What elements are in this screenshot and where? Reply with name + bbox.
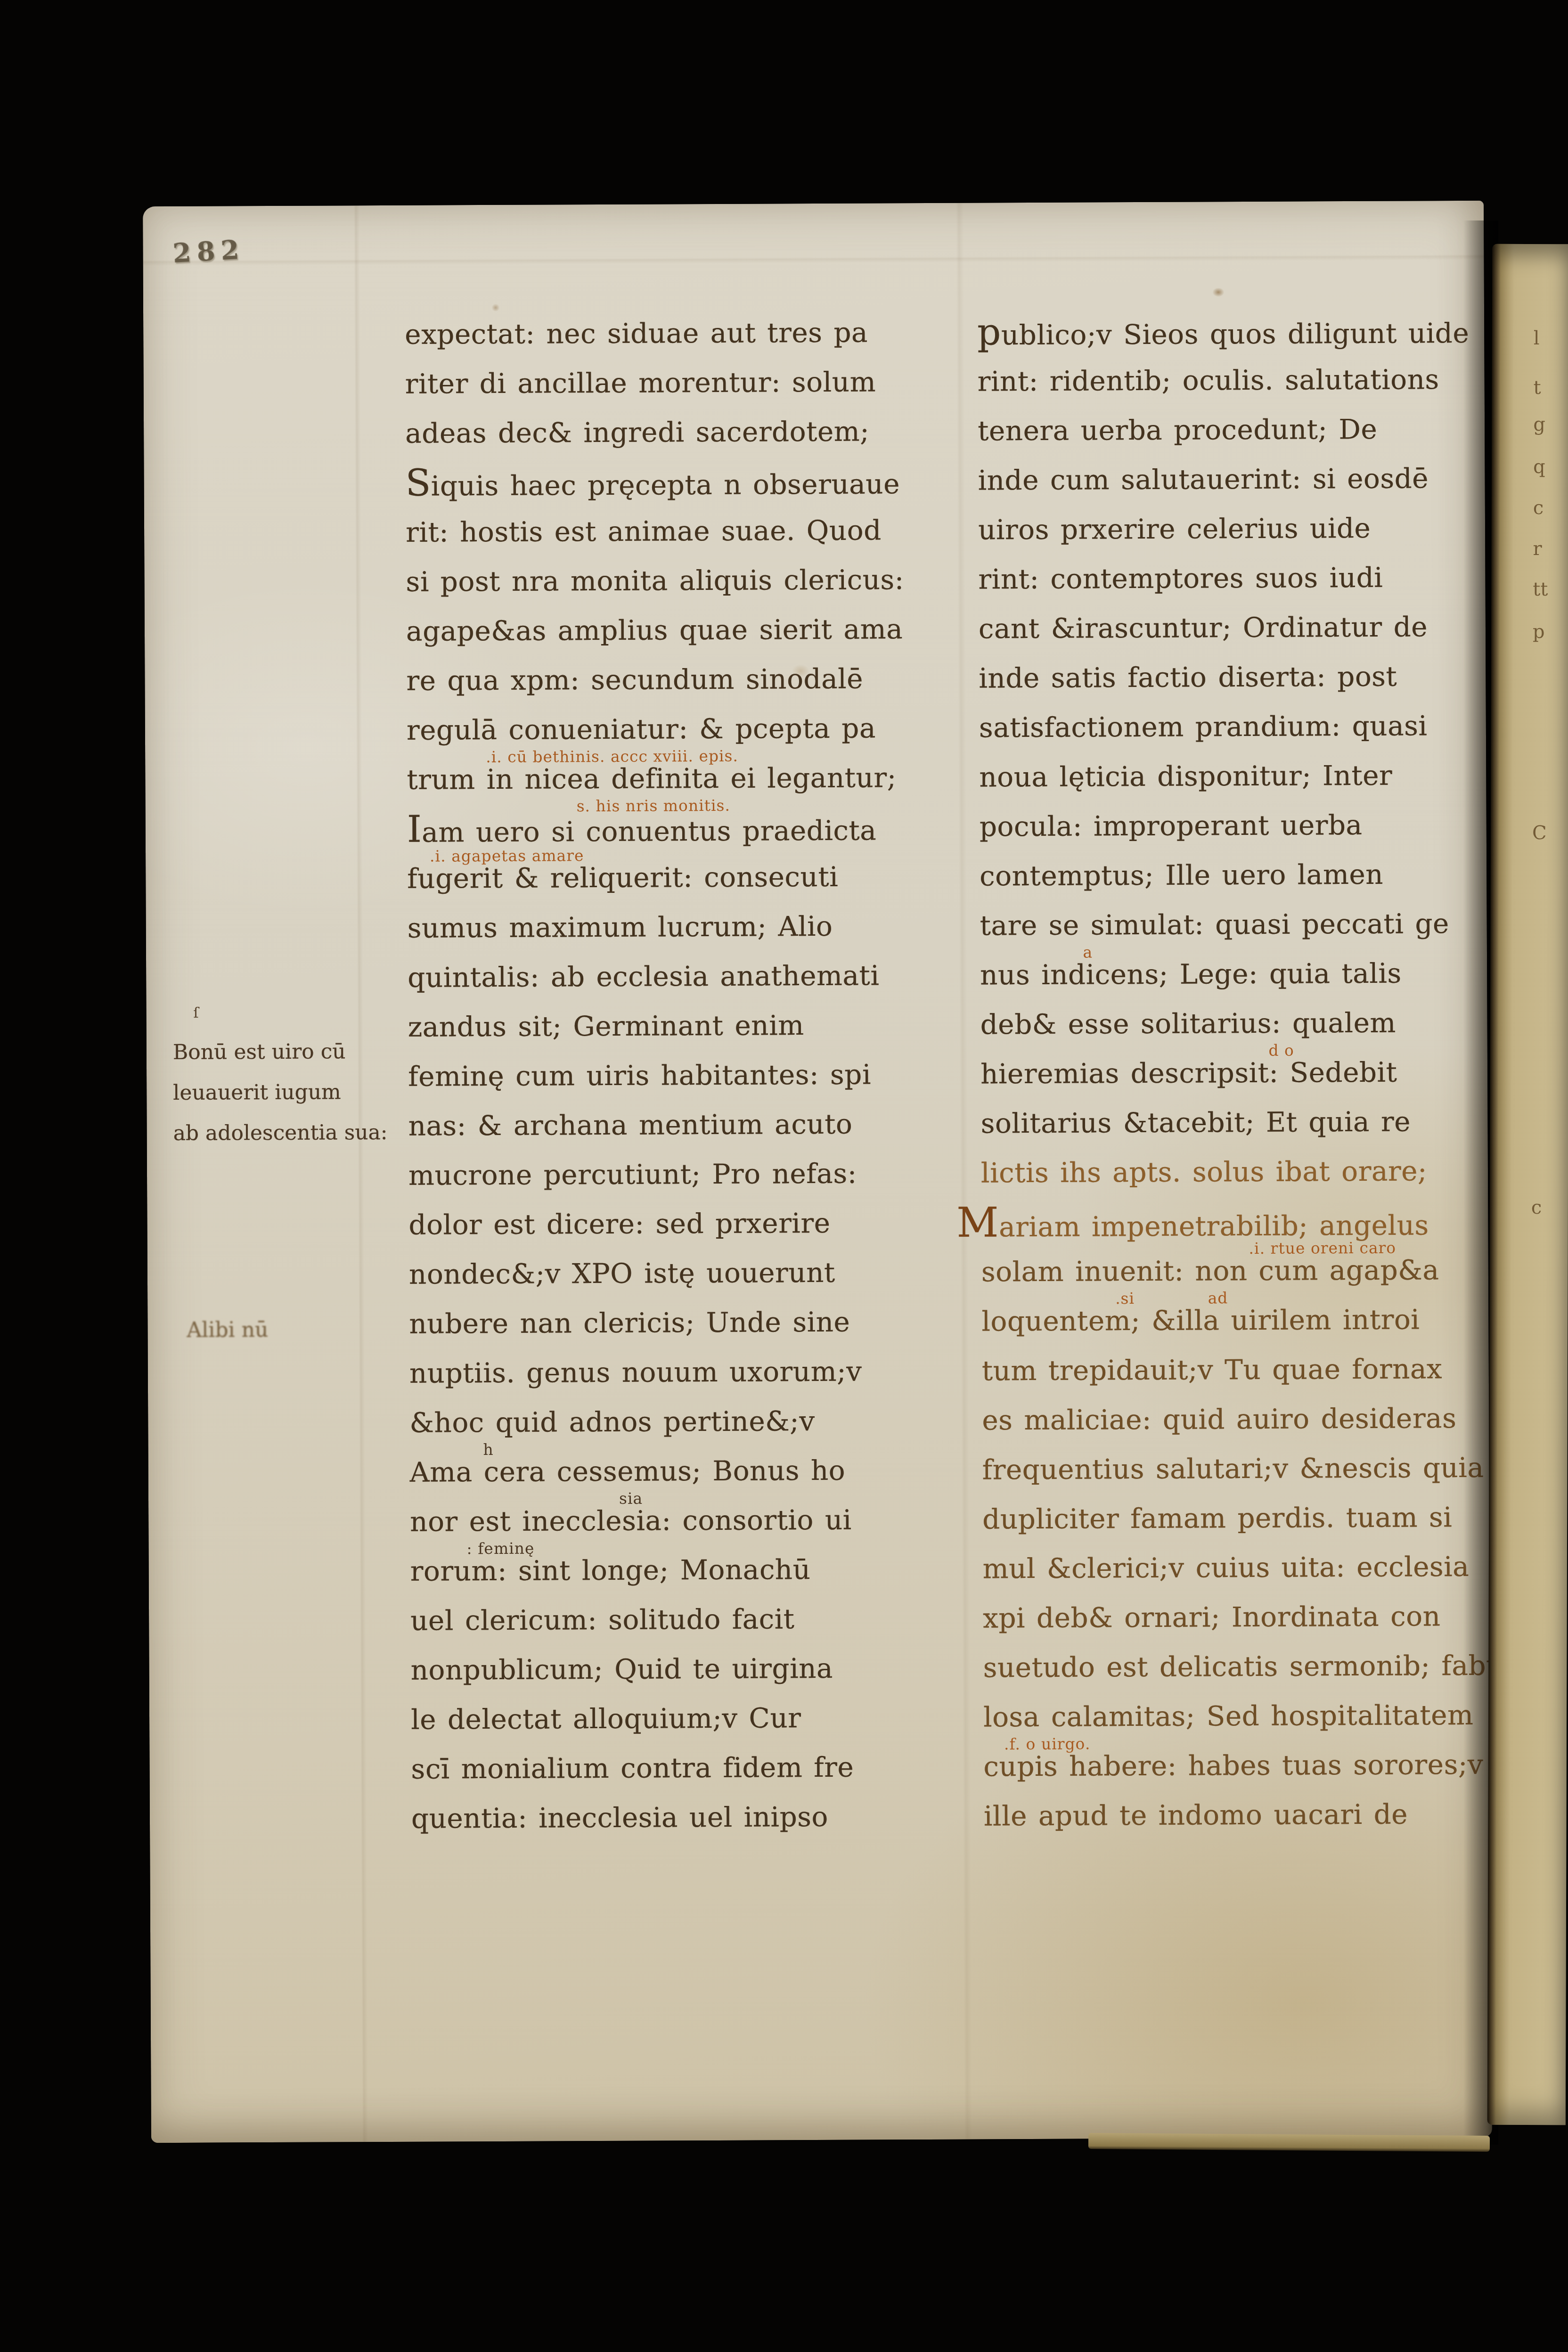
- line-text: nus indicens; Lege: quia talis: [980, 948, 1494, 1000]
- folio-number: 282: [172, 234, 245, 269]
- line-text: inde satis factio diserta: post: [979, 652, 1493, 703]
- interlinear-gloss: .f. o uirgo.: [1004, 1736, 1091, 1752]
- text-line: rorum: sint longe; Monachū: feminę: [410, 1544, 975, 1596]
- edge-letter: l: [1534, 327, 1540, 349]
- text-line: &hoc quid adnos pertine&;v: [409, 1396, 975, 1448]
- line-text: dolor est dicere: sed prxerire: [408, 1198, 974, 1250]
- interlinear-gloss: .i. agapetas amare: [430, 848, 584, 864]
- text-line: nas: & archana mentium acuto: [408, 1099, 973, 1151]
- margin-note: ſ: [193, 1006, 198, 1021]
- text-line: adeas dec& ingredi sacerdotem;: [405, 407, 971, 458]
- text-line: noua lęticia disponitur; Inter: [979, 751, 1494, 802]
- text-line: loquentem; &illa uirilem introi.siad: [981, 1295, 1496, 1347]
- interlinear-gloss: a: [1083, 944, 1093, 960]
- interlinear-gloss: sia: [619, 1491, 643, 1506]
- text-line: nondec&;v XPO istę uouerunt: [409, 1248, 974, 1299]
- interlinear-gloss: .i. rtue oreni caro: [1249, 1240, 1396, 1256]
- line-text: &hoc quid adnos pertine&;v: [409, 1396, 975, 1448]
- line-text: quintalis: ab ecclesia anathemati: [408, 951, 973, 1003]
- text-line: mul &clerici;v cuius uita: ecclesia: [982, 1542, 1497, 1594]
- line-text: xpi deb& ornari; Inordinata con: [983, 1592, 1497, 1643]
- line-text: lictis ihs apts. solus ibat orare;: [981, 1146, 1495, 1198]
- line-text: dupliciter famam perdis. tuam si: [982, 1493, 1497, 1544]
- line-text: nondec&;v XPO istę uouerunt: [409, 1248, 974, 1299]
- margin-note-line: Bonū est uiro cū: [173, 1031, 387, 1073]
- text-line: dupliciter famam perdis. tuam si: [982, 1493, 1497, 1544]
- text-line: cupis habere: habes tuas sorores;v.f. o …: [983, 1740, 1498, 1792]
- line-text: quentia: inecclesia uel inipso: [411, 1792, 977, 1844]
- text-line: fugerit & reliquerit: consecuti.i. agape…: [407, 852, 972, 904]
- text-line: dolor est dicere: sed prxerire: [408, 1198, 974, 1250]
- margin-notes: Bonū est uiro cūleuauerit iugumab adoles…: [143, 201, 1484, 206]
- line-text: zandus sit; Germinant enim: [408, 1000, 973, 1052]
- text-column-right: publico;v Sieos quos diligunt uiderint: …: [977, 305, 1498, 1841]
- line-text: agape&as amplius quae sierit ama: [406, 604, 972, 656]
- line-text: uiros prxerire celerius uide: [978, 503, 1493, 555]
- text-line: pocula: improperant uerba: [980, 800, 1494, 852]
- line-text: hieremias descripsit: Sedebit: [980, 1047, 1495, 1099]
- manuscript-photo: 282 expectat: nec siduae aut tres parite…: [0, 0, 1568, 2352]
- text-line: rit: hostis est animae suae. Quod: [406, 506, 971, 557]
- margin-note-line: leuauerit iugum: [173, 1072, 387, 1113]
- line-text: cant &irascuntur; Ordinatur de: [979, 602, 1493, 654]
- edge-letter: t: [1533, 377, 1541, 399]
- text-line: suetudo est delicatis sermonib; fabu: [983, 1641, 1497, 1693]
- text-line: ille apud te indomo uacari de: [984, 1789, 1498, 1841]
- edge-letter: c: [1531, 1197, 1542, 1218]
- interlinear-gloss: s. his nris monitis.: [577, 798, 731, 814]
- text-line: riter di ancillae morentur: solum: [405, 357, 970, 409]
- text-line: deb& esse solitarius: qualem: [980, 998, 1494, 1050]
- margin-note-line: ſ: [193, 1006, 198, 1021]
- text-line: agape&as amplius quae sierit ama: [406, 604, 972, 656]
- line-text: re qua xpm: secundum sinodalē: [406, 654, 972, 706]
- text-line: scī monialium contra fidem fre: [411, 1742, 976, 1794]
- line-text: rint: contemptores suos iudi: [978, 553, 1493, 604]
- text-line: Mariam impenetrabilib; angelus: [981, 1196, 1495, 1248]
- text-line: solitarius &tacebit; Et quia re: [980, 1097, 1495, 1149]
- text-line: mucrone percutiunt; Pro nefas:: [408, 1149, 974, 1200]
- text-line: tum trepidauit;v Tu quae fornax: [982, 1344, 1496, 1396]
- text-line: le delectat alloquium;v Cur: [411, 1693, 976, 1745]
- line-text: adeas dec& ingredi sacerdotem;: [405, 407, 971, 458]
- edge-letter: p: [1533, 621, 1545, 643]
- text-line: cant &irascuntur; Ordinatur de: [979, 602, 1493, 654]
- interlinear-gloss: .i. cū bethinis. accc xviii. epis.: [486, 748, 738, 765]
- line-text: tum trepidauit;v Tu quae fornax: [982, 1344, 1496, 1396]
- edge-letter: r: [1533, 538, 1542, 560]
- text-line: expectat: nec siduae aut tres pa: [405, 308, 970, 359]
- interlinear-gloss: h: [483, 1442, 493, 1457]
- text-line: es maliciae: quid auiro desideras: [982, 1394, 1496, 1445]
- text-line: uiros prxerire celerius uide: [978, 503, 1493, 555]
- line-text: publico;v Sieos quos diligunt uide: [977, 305, 1492, 360]
- manuscript-page: 282 expectat: nec siduae aut tres parite…: [143, 201, 1492, 2143]
- line-text: rit: hostis est animae suae. Quod: [406, 506, 971, 557]
- text-line: tare se simulat: quasi peccati ge: [980, 899, 1494, 951]
- margin-note-line: Alibi nū: [187, 1310, 268, 1351]
- line-text: nonpublicum; Quid te uirgina: [410, 1643, 976, 1695]
- interlinear-gloss: : feminę: [466, 1541, 534, 1557]
- line-text: uel clericum: solitudo facit: [410, 1594, 976, 1646]
- line-text: contemptus; Ille uero lamen: [980, 849, 1494, 901]
- interlinear-gloss: d o: [1268, 1043, 1294, 1058]
- text-line: hieremias descripsit: Sedebitd o: [980, 1047, 1495, 1099]
- line-text: nas: & archana mentium acuto: [408, 1099, 973, 1151]
- edge-letter: tt: [1533, 579, 1548, 600]
- text-line: frequentius salutari;v &nescis quia: [982, 1443, 1497, 1495]
- text-line: inde cum salutauerint: si eosdē: [978, 454, 1492, 506]
- line-text: Siquis haec pręcepta n obseruaue: [405, 456, 971, 511]
- text-line: quintalis: ab ecclesia anathemati: [408, 951, 973, 1003]
- text-line: uel clericum: solitudo facit: [410, 1594, 976, 1646]
- text-line: contemptus; Ille uero lamen: [980, 849, 1494, 901]
- line-text: tenera uerba procedunt; De: [978, 404, 1492, 456]
- text-line: solam inuenit: non cum agap&a.i. rtue or…: [981, 1245, 1496, 1297]
- text-line: publico;v Sieos quos diligunt uide: [977, 305, 1492, 357]
- edge-letter: c: [1533, 497, 1544, 519]
- text-line: sumus maximum lucrum; Alio: [408, 901, 973, 953]
- line-text: mul &clerici;v cuius uita: ecclesia: [982, 1542, 1497, 1594]
- line-text: frequentius salutari;v &nescis quia: [982, 1443, 1497, 1495]
- line-text: noua lęticia disponitur; Inter: [979, 751, 1494, 802]
- line-text: solam inuenit: non cum agap&a: [981, 1245, 1496, 1297]
- line-text: si post nra monita aliquis clericus:: [406, 555, 971, 607]
- line-text: solitarius &tacebit; Et quia re: [980, 1097, 1495, 1149]
- line-text: tare se simulat: quasi peccati ge: [980, 899, 1494, 951]
- text-line: tenera uerba procedunt; De: [978, 404, 1492, 456]
- text-line: Siquis haec pręcepta n obseruaue: [405, 456, 971, 508]
- line-text: expectat: nec siduae aut tres pa: [405, 308, 970, 359]
- interlinear-gloss: ad: [1208, 1290, 1228, 1306]
- margin-note: Alibi nū: [187, 1310, 268, 1351]
- line-text: suetudo est delicatis sermonib; fabu: [983, 1641, 1497, 1693]
- line-text: pocula: improperant uerba: [980, 800, 1494, 852]
- text-column-left: expectat: nec siduae aut tres pariter di…: [405, 308, 977, 1844]
- line-text: Ama cera cessemus; Bonus ho: [410, 1445, 975, 1497]
- text-line: nuptiis. genus nouum uxorum;v: [409, 1347, 975, 1398]
- edge-letter: g: [1533, 414, 1545, 435]
- text-line: zandus sit; Germinant enim: [408, 1000, 973, 1052]
- book-block-edge: [1088, 2133, 1490, 2152]
- text-line: rint: ridentib; oculis. salutations: [977, 355, 1492, 407]
- text-line: re qua xpm: secundum sinodalē: [406, 654, 972, 706]
- line-text: scī monialium contra fidem fre: [411, 1742, 976, 1794]
- margin-note: Bonū est uiro cūleuauerit iugumab adoles…: [173, 1031, 388, 1154]
- text-line: xpi deb& ornari; Inordinata con: [983, 1592, 1497, 1643]
- text-line: Ama cera cessemus; Bonus hoh: [410, 1445, 975, 1497]
- line-text: deb& esse solitarius: qualem: [980, 998, 1494, 1050]
- margin-note-line: ab adolescentia sua:: [173, 1112, 387, 1154]
- interlinear-gloss: .si: [1115, 1290, 1135, 1306]
- line-text: inde cum salutauerint: si eosdē: [978, 454, 1492, 506]
- line-text: sumus maximum lucrum; Alio: [408, 901, 973, 953]
- edge-letter: q: [1533, 456, 1545, 478]
- line-text: satisfactionem prandium: quasi: [979, 701, 1494, 753]
- line-text: loquentem; &illa uirilem introi: [981, 1295, 1496, 1347]
- text-line: nus indicens; Lege: quia talisa: [980, 948, 1494, 1000]
- text-line: feminę cum uiris habitantes: spi: [408, 1050, 973, 1102]
- text-line: si post nra monita aliquis clericus:: [406, 555, 971, 607]
- line-text: Mariam impenetrabilib; angelus: [981, 1196, 1495, 1252]
- text-line: satisfactionem prandium: quasi: [979, 701, 1494, 753]
- next-page-edge: ltgqcrttpCc: [1487, 244, 1568, 2125]
- line-text: es maliciae: quid auiro desideras: [982, 1394, 1496, 1445]
- line-text: feminę cum uiris habitantes: spi: [408, 1050, 973, 1102]
- text-line: quentia: inecclesia uel inipso: [411, 1792, 977, 1844]
- line-text: rint: ridentib; oculis. salutations: [977, 355, 1492, 407]
- line-text: nuptiis. genus nouum uxorum;v: [409, 1347, 975, 1398]
- line-text: nubere nan clericis; Unde sine: [409, 1297, 974, 1349]
- text-line: rint: contemptores suos iudi: [978, 553, 1493, 604]
- line-text: ille apud te indomo uacari de: [984, 1789, 1498, 1841]
- line-text: mucrone percutiunt; Pro nefas:: [408, 1149, 974, 1200]
- text-line: inde satis factio diserta: post: [979, 652, 1493, 703]
- line-text: le delectat alloquium;v Cur: [411, 1693, 976, 1745]
- text-line: nubere nan clericis; Unde sine: [409, 1297, 974, 1349]
- line-text: riter di ancillae morentur: solum: [405, 357, 970, 409]
- text-line: lictis ihs apts. solus ibat orare;: [981, 1146, 1495, 1198]
- text-line: nonpublicum; Quid te uirgina: [410, 1643, 976, 1695]
- edge-letter: C: [1532, 822, 1547, 844]
